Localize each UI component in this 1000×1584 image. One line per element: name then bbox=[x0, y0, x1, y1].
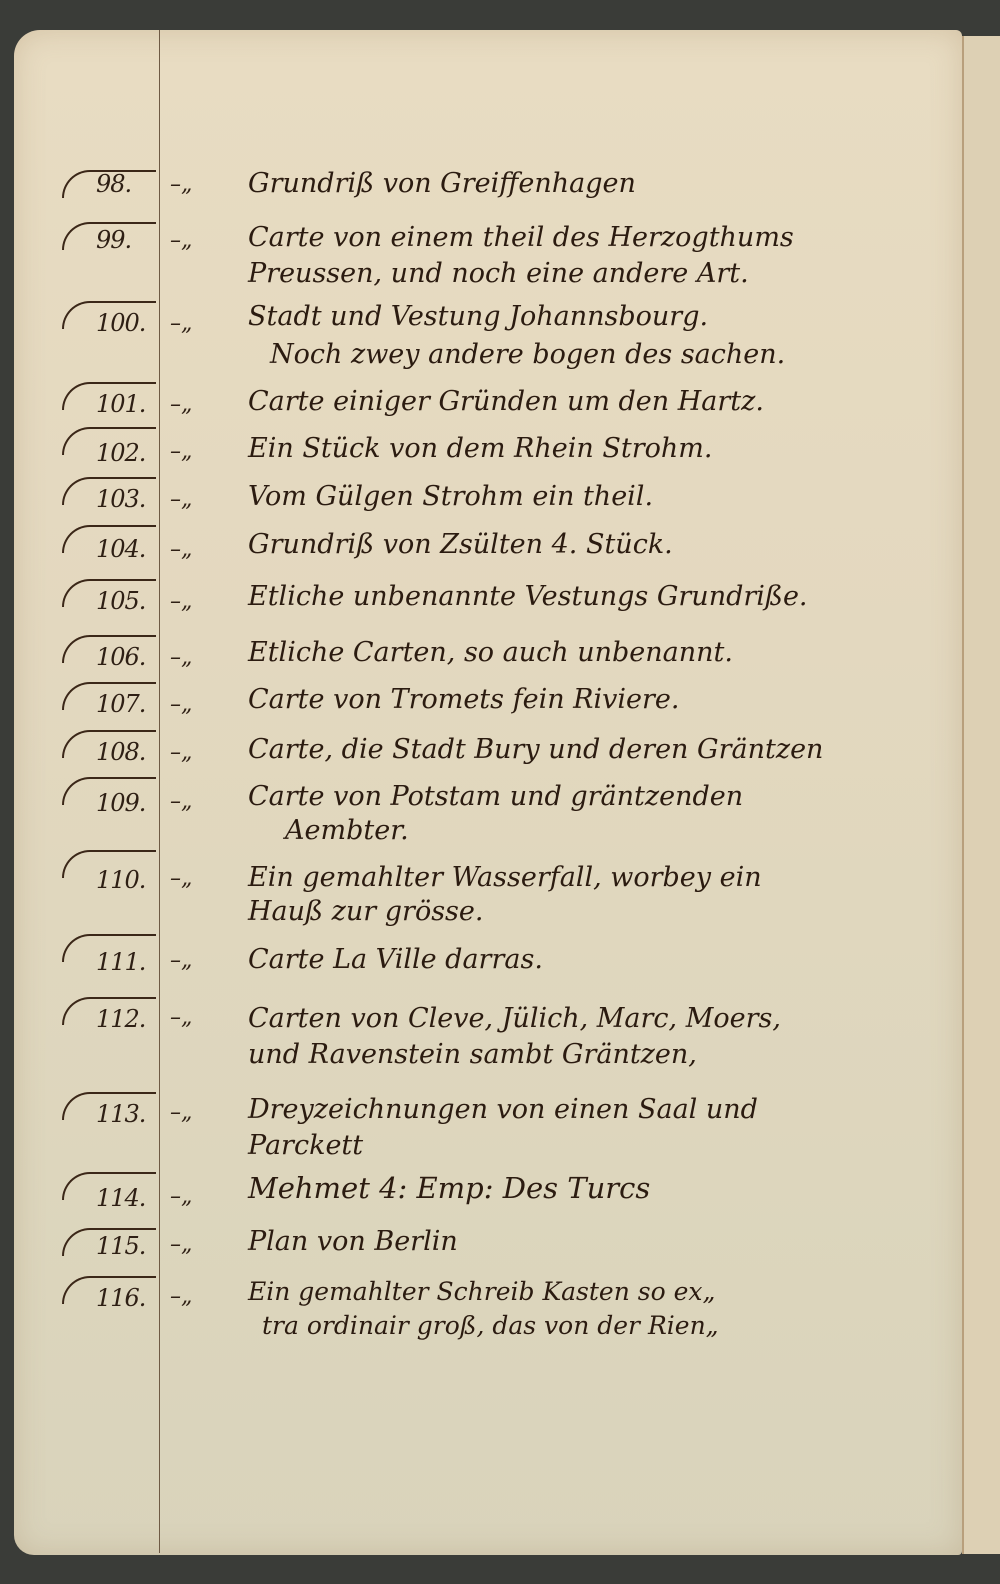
entry-text-continued: Parckett bbox=[248, 1128, 938, 1164]
entry-number: 101. bbox=[96, 390, 156, 418]
entry-text: Ein gemahlter Schreib Kasten so ex„ bbox=[248, 1274, 938, 1310]
entry-text: Carte einiger Gründen um den Hartz. bbox=[248, 384, 938, 420]
entry-mark: –„ bbox=[170, 1232, 192, 1257]
entry-mark: –„ bbox=[170, 537, 192, 562]
entry-text: Grundriß von Zsülten 4. Stück. bbox=[248, 527, 938, 563]
entry-text-continued: Noch zwey andere bogen des sachen. bbox=[270, 337, 960, 373]
entry-number: 99. bbox=[96, 226, 156, 254]
entry-text: Etliche unbenannte Vestungs Grundriße. bbox=[248, 579, 938, 615]
entry-number: 107. bbox=[96, 690, 156, 718]
entry-number: 110. bbox=[96, 866, 156, 894]
entry-number: 104. bbox=[96, 535, 156, 563]
entry-mark: –„ bbox=[170, 740, 192, 765]
entry-text: Carte von Tromets fein Riviere. bbox=[248, 682, 938, 718]
entry-text: Grundriß von Greiffenhagen bbox=[248, 166, 938, 202]
entry-number: 100. bbox=[96, 309, 156, 337]
entry-mark: –„ bbox=[170, 866, 192, 891]
entry-text: Ein gemahlter Wasserfall, worbey ein bbox=[248, 860, 938, 896]
inventory-list: 98. –„ Grundriß von Greiffenhagen 99. –„… bbox=[0, 0, 1000, 1584]
entry-number: 111. bbox=[96, 948, 156, 976]
entry-mark: –„ bbox=[170, 1184, 192, 1209]
entry-number: 114. bbox=[96, 1184, 156, 1212]
entry-text: Ein Stück von dem Rhein Strohm. bbox=[248, 431, 938, 467]
entry-number: 106. bbox=[96, 643, 156, 671]
entry-mark: –„ bbox=[170, 439, 192, 464]
entry-mark: –„ bbox=[170, 1284, 192, 1309]
entry-number: 98. bbox=[96, 170, 156, 198]
entry-number: 112. bbox=[96, 1005, 156, 1033]
entry-mark: –„ bbox=[170, 692, 192, 717]
entry-mark: –„ bbox=[170, 311, 192, 336]
entry-text-continued: tra ordinair groß, das von der Rien„ bbox=[262, 1308, 952, 1344]
entry-text: Dreyzeichnungen von einen Saal und bbox=[248, 1092, 938, 1128]
entry-text-continued: Hauß zur grösse. bbox=[248, 894, 938, 930]
entry-text: Carte von Potstam und gräntzenden bbox=[248, 779, 938, 815]
entry-number: 103. bbox=[96, 485, 156, 513]
entry-number: 102. bbox=[96, 439, 156, 467]
entry-text: Mehmet 4: Emp: Des Turcs bbox=[248, 1170, 938, 1206]
entry-text: Carte La Ville darras. bbox=[248, 942, 938, 978]
entry-text: Carte, die Stadt Bury und deren Gräntzen bbox=[248, 732, 938, 768]
entry-text: Carte von einem theil des Herzogthums bbox=[248, 220, 938, 256]
entry-number: 115. bbox=[96, 1232, 156, 1260]
entry-text: Carten von Cleve, Jülich, Marc, Moers, bbox=[248, 1001, 938, 1037]
entry-text: Plan von Berlin bbox=[248, 1224, 938, 1260]
entry-number: 109. bbox=[96, 789, 156, 817]
entry-mark: –„ bbox=[170, 228, 192, 253]
entry-mark: –„ bbox=[170, 789, 192, 814]
entry-mark: –„ bbox=[170, 645, 192, 670]
entry-number: 108. bbox=[96, 738, 156, 766]
entry-number: 113. bbox=[96, 1100, 156, 1128]
entry-mark: –„ bbox=[170, 1005, 192, 1030]
entry-mark: –„ bbox=[170, 487, 192, 512]
entry-text-continued: Preussen, und noch eine andere Art. bbox=[248, 256, 938, 292]
entry-mark: –„ bbox=[170, 172, 192, 197]
entry-mark: –„ bbox=[170, 948, 192, 973]
entry-mark: –„ bbox=[170, 392, 192, 417]
entry-text-continued: Aembter. bbox=[285, 813, 975, 849]
entry-number: 116. bbox=[96, 1284, 156, 1312]
entry-mark: –„ bbox=[170, 1100, 192, 1125]
entry-text: Vom Gülgen Strohm ein theil. bbox=[248, 479, 938, 515]
entry-text: Etliche Carten, so auch unbenannt. bbox=[248, 635, 938, 671]
entry-text: Stadt und Vestung Johannsbourg. bbox=[248, 299, 938, 335]
entry-number: 105. bbox=[96, 587, 156, 615]
entry-mark: –„ bbox=[170, 589, 192, 614]
entry-text-continued: und Ravenstein sambt Gräntzen, bbox=[248, 1037, 938, 1073]
